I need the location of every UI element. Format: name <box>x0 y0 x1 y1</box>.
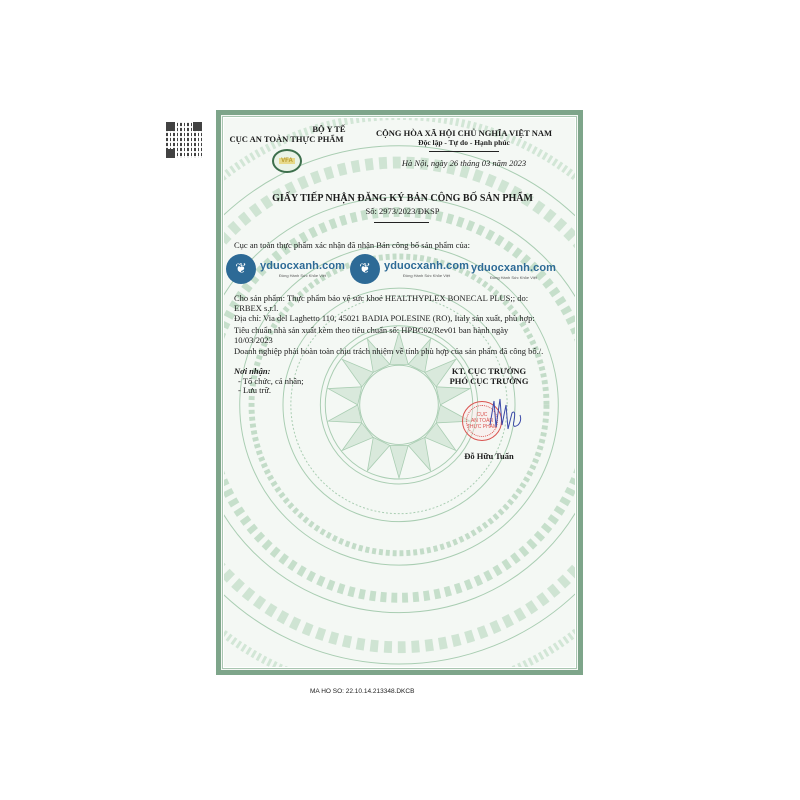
watermark-logo: ❦ yduocxanh.com Đồng Hành Sức Khỏe Việt <box>226 254 345 284</box>
recipient-item: - Lưu trữ. <box>238 385 271 396</box>
national-motto: Độc lập - Tự do - Hạnh phúc <box>349 138 576 149</box>
watermark-tagline: Đồng Hành Sức Khỏe Việt <box>403 273 450 278</box>
watermark-logo: yduocxanh.com Đồng Hành Sức Khỏe Việt <box>471 262 556 280</box>
motto-underline <box>429 151 499 152</box>
standard-date: 10/03/2023 <box>234 335 273 346</box>
recipients-label: Nơi nhận: <box>234 366 270 377</box>
document-number: Số: 2973/2023/ĐKSP <box>224 206 576 217</box>
responsibility-statement: Doanh nghiệp phải hoàn toàn chịu trách n… <box>234 346 543 357</box>
place-and-date: Hà Nội, ngày 26 tháng 03 năm 2023 <box>349 158 576 169</box>
watermark-name: yduocxanh.com <box>384 260 469 272</box>
dossier-code: MA HO SO: 22.10.14.213348.DKCB <box>310 688 414 695</box>
intro-text: Cục an toàn thực phẩm xác nhận đã nhận B… <box>234 240 470 251</box>
document-title: GIẤY TIẾP NHẬN ĐĂNG KÝ BẢN CÔNG BỐ SẢN P… <box>224 194 576 205</box>
agency-name: CỤC AN TOÀN THỰC PHẨM <box>224 134 349 145</box>
certificate-document: BỘ Y TẾ CỤC AN TOÀN THỰC PHẨM VFA CỘNG H… <box>216 110 583 675</box>
manufacturer-address: Địa chỉ: Via del Laghetto 110, 45021 BAD… <box>234 313 535 324</box>
handwritten-signature <box>486 395 526 437</box>
product-line: Cho sản phẩm: Thực phẩm bảo vệ sức khoẻ … <box>234 293 528 304</box>
manufacturer-name: ERBEX s.r.l. <box>234 303 278 314</box>
watermark-tagline: Đồng Hành Sức Khỏe Việt <box>490 275 537 280</box>
agency-emblem: VFA <box>272 149 302 173</box>
watermark-tagline: Đồng Hành Sức Khỏe Việt <box>279 273 326 278</box>
country-name: CỘNG HÒA XÃ HỘI CHỦ NGHĨA VIỆT NAM <box>349 128 576 139</box>
plant-hand-icon: ❦ <box>350 254 380 284</box>
watermark-name: yduocxanh.com <box>260 260 345 272</box>
title-underline <box>374 222 429 223</box>
emblem-text: VFA <box>279 158 295 164</box>
signer-name: Đỗ Hữu Tuấn <box>424 451 554 462</box>
standard-line: Tiêu chuẩn nhà sản xuất kèm theo tiêu ch… <box>234 325 508 336</box>
watermark-logo: ❦ yduocxanh.com Đồng Hành Sức Khỏe Việt <box>350 254 469 284</box>
plant-hand-icon: ❦ <box>226 254 256 284</box>
watermark-name: yduocxanh.com <box>471 262 556 274</box>
qr-code-icon <box>166 122 202 158</box>
signatory-title: KT. CỤC TRƯỞNG <box>424 366 554 377</box>
signatory-subtitle: PHÓ CỤC TRƯỞNG <box>424 376 554 387</box>
